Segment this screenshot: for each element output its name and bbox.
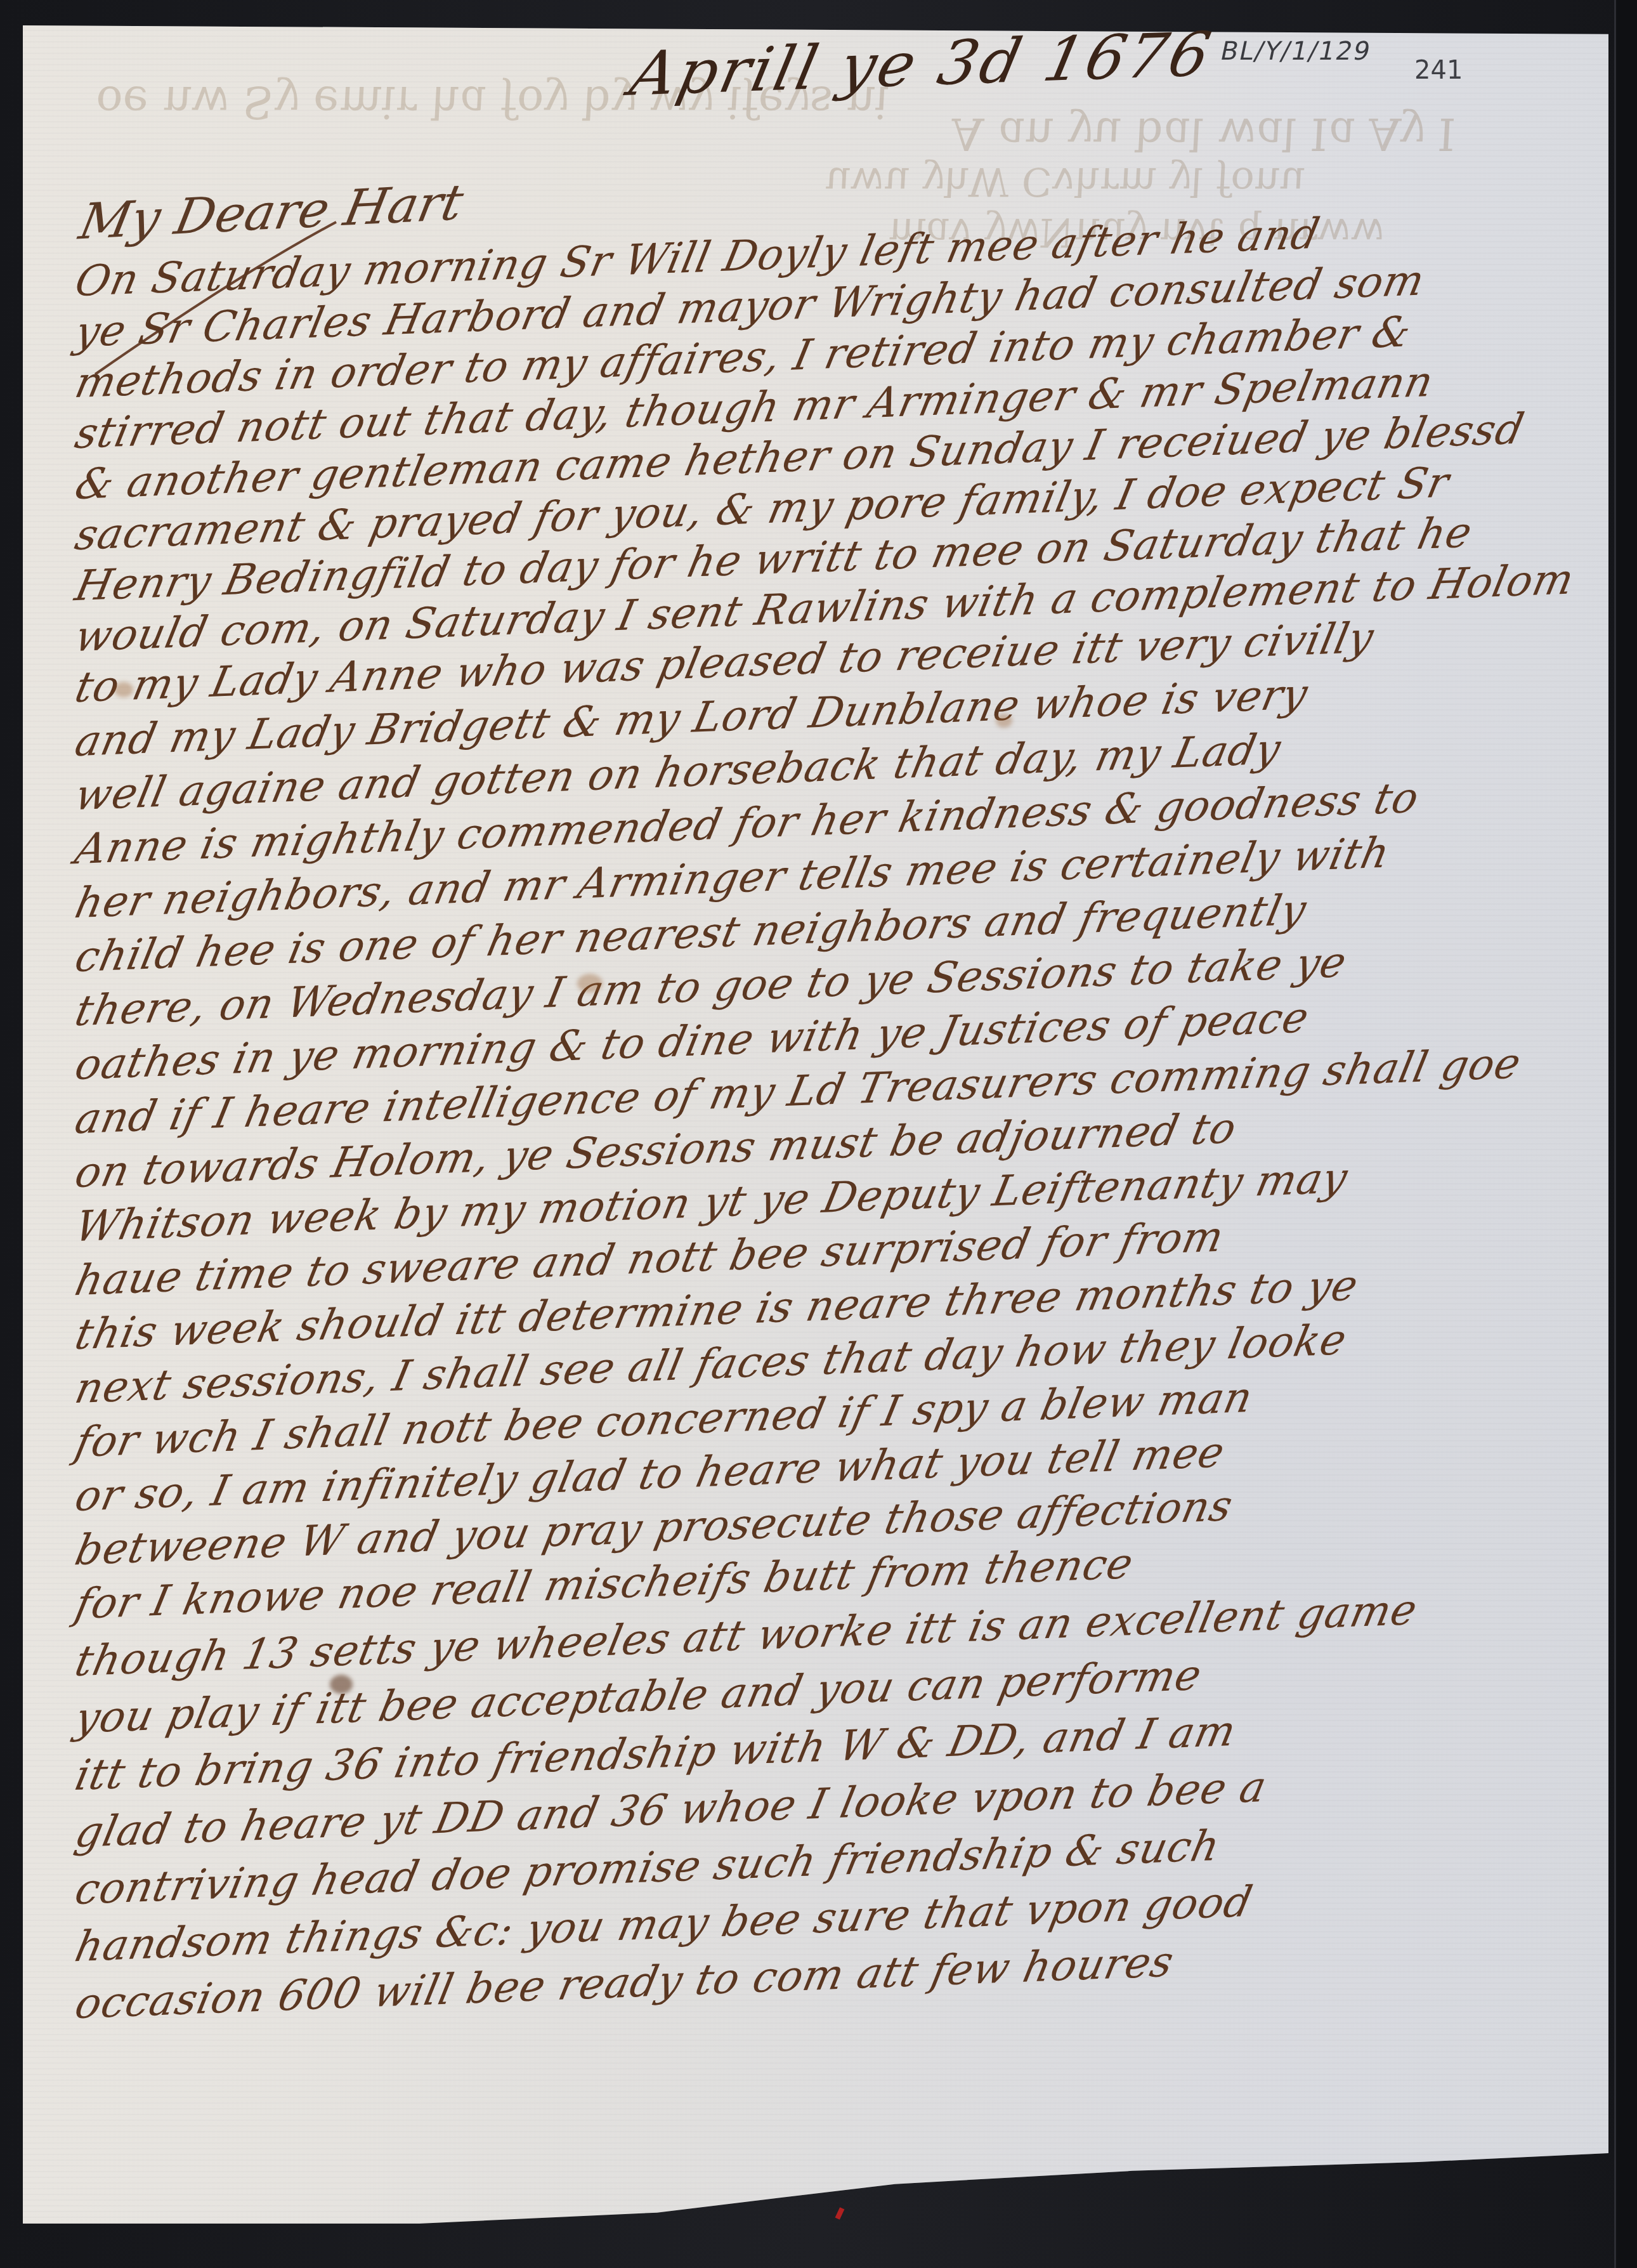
bleed-through-text: A an yu bal wal Ia Ay I bbox=[945, 108, 1462, 160]
ink-stain bbox=[577, 974, 603, 993]
ink-stain bbox=[996, 714, 1012, 728]
folio-number: 241 bbox=[1414, 56, 1463, 85]
mount-frame-edge bbox=[1614, 0, 1637, 2268]
archive-reference: BL/Y/1/129 bbox=[1218, 37, 1374, 66]
ink-stain bbox=[114, 682, 133, 697]
ink-stain bbox=[330, 1675, 353, 1694]
bleed-through-text: uwu yhW Cvhrm yl fonu bbox=[819, 159, 1310, 205]
